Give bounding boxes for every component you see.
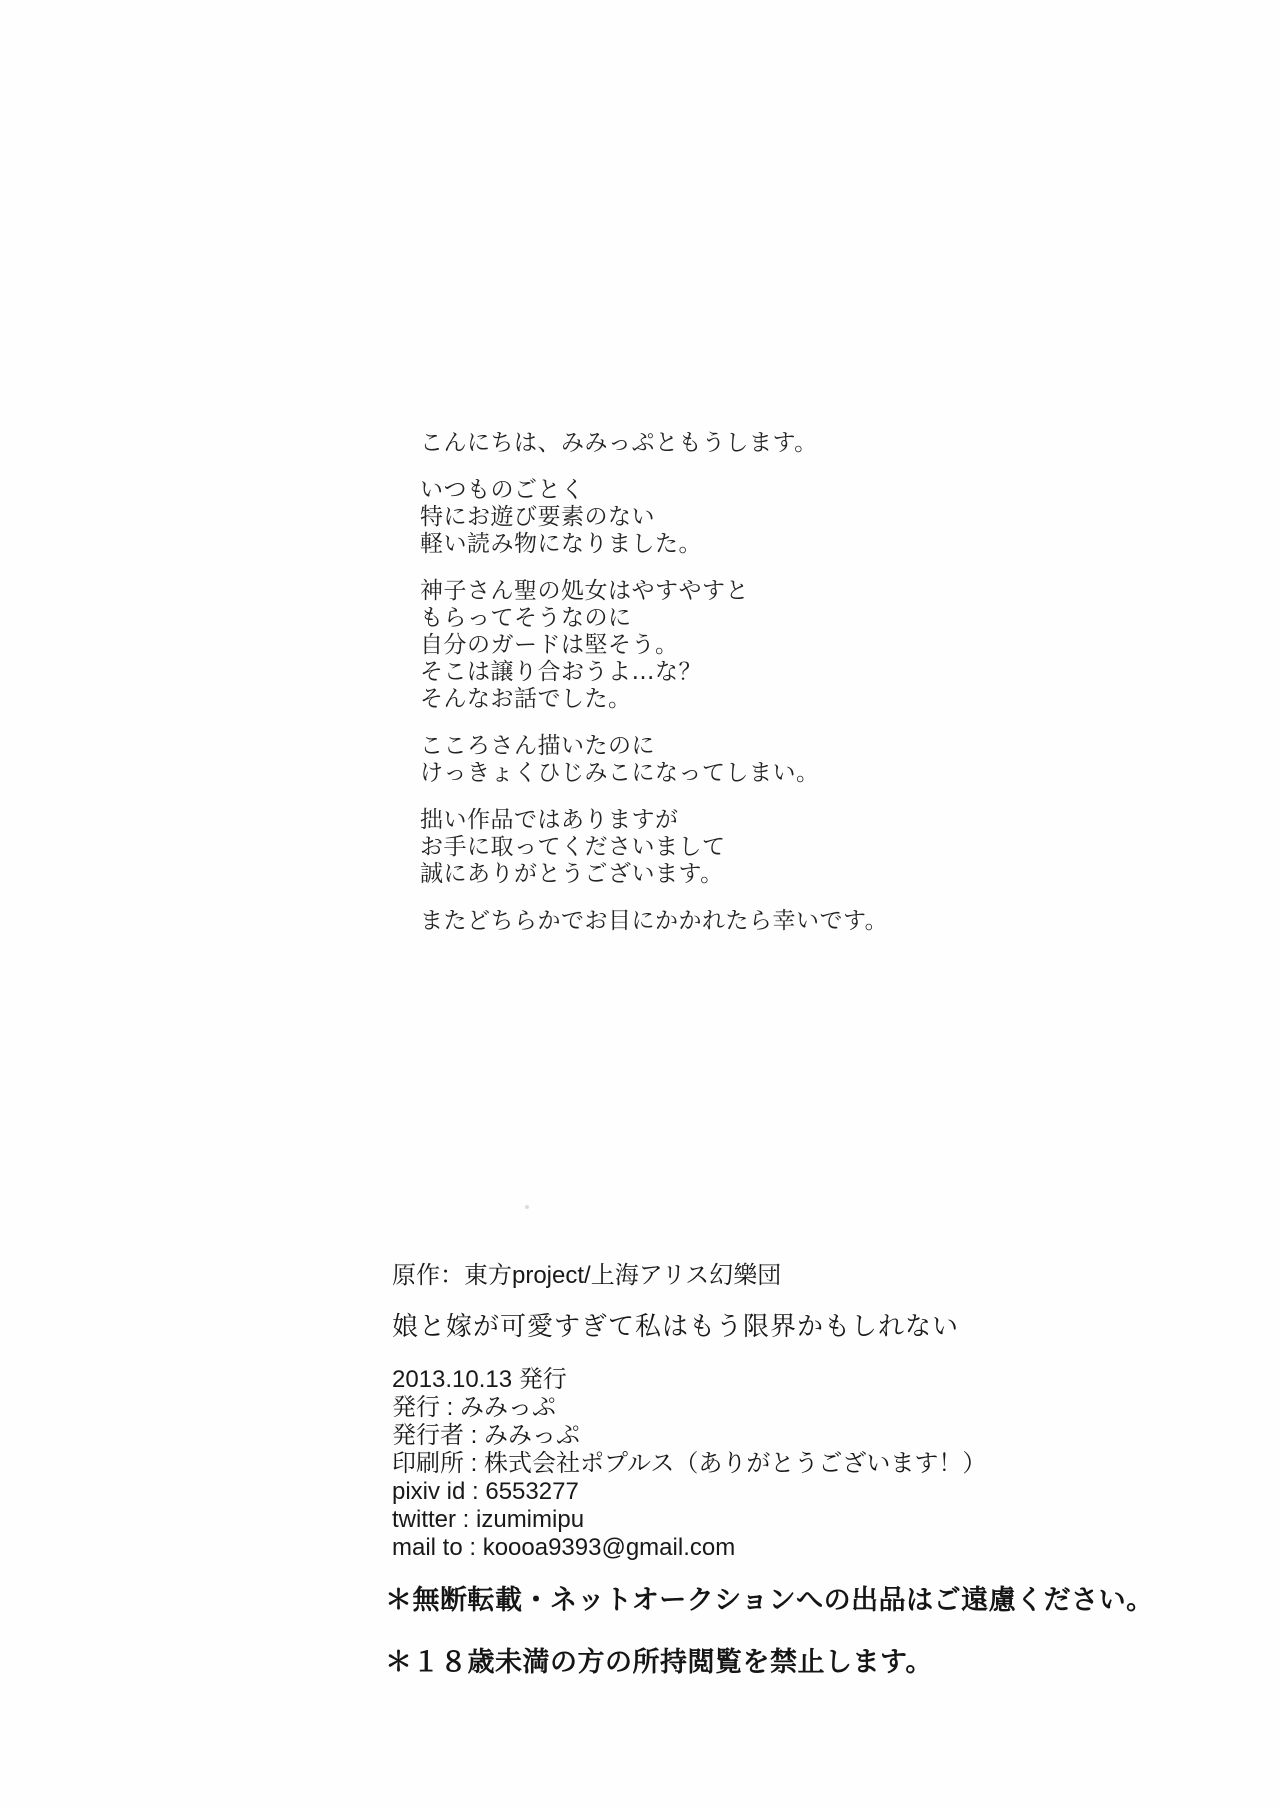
afterword-line: そんなお話でした。 [420,686,1060,713]
afterword-line: いつものごとく [420,477,1060,504]
afterword-paragraph-intro: いつものごとく 特にお遊び要素のない 軽い読み物になりました。 [420,477,1060,558]
afterword-line: またどちらかでお目にかかれたら幸いです。 [420,908,1060,935]
publisher-circle: 発行 : みみっぷ [392,1394,986,1422]
afterword-paragraph-kokoro: こころさん描いたのに けっきょくひじみこになってしまい。 [420,733,1060,787]
afterword-line: 神子さん聖の処女はやすやすと [420,578,1060,605]
afterword-line: こんにちは、みみっぷともうします。 [420,430,1060,457]
book-title: 娘と嫁が可愛すぎて私はもう限界かもしれない [392,1306,959,1343]
twitter-handle: twitter : izumimipu [392,1506,986,1534]
printer-credit: 印刷所 : 株式会社ポプルス（ありがとうございます！） [392,1450,986,1478]
afterword-paragraph-greeting: こんにちは、みみっぷともうします。 [420,430,1060,457]
publication-details: 2013.10.13 発行 発行 : みみっぷ 発行者 : みみっぷ 印刷所 :… [392,1366,986,1562]
publisher-person: 発行者 : みみっぷ [392,1422,986,1450]
scanned-afterword-page: こんにちは、みみっぷともうします。 いつものごとく 特にお遊び要素のない 軽い読… [0,0,1280,1808]
afterword-line: けっきょくひじみこになってしまい。 [420,760,1060,787]
afterword-line: 特にお遊び要素のない [420,504,1060,531]
afterword-line: 拙い作品ではありますが [420,807,1060,834]
afterword-line: 誠にありがとうございます。 [420,861,1060,888]
afterword-line: 自分のガードは堅そう。 [420,632,1060,659]
mail-address: mail to : koooa9393@gmail.com [392,1534,986,1562]
afterword-line: もらってそうなのに [420,605,1060,632]
afterword-paragraph-thanks: 拙い作品ではありますが お手に取ってくださいまして 誠にありがとうございます。 [420,807,1060,888]
afterword-line: そこは譲り合おうよ…な？ [420,659,1060,686]
publication-date: 2013.10.13 発行 [392,1366,986,1394]
afterword-paragraph-farewell: またどちらかでお目にかかれたら幸いです。 [420,908,1060,935]
pixiv-id: pixiv id : 6553277 [392,1478,986,1506]
original-work-credit: 原作：東方project/上海アリス幻樂団 [392,1255,781,1290]
afterword-line: お手に取ってくださいまして [420,834,1060,861]
afterword-line: 軽い読み物になりました。 [420,531,1060,558]
afterword-text: こんにちは、みみっぷともうします。 いつものごとく 特にお遊び要素のない 軽い読… [420,430,1060,955]
scan-artifact-dot [525,1205,529,1209]
afterword-line: こころさん描いたのに [420,733,1060,760]
notice-age-restriction: ＊１８歳未満の方の所持閲覧を禁止します。 [385,1640,933,1679]
notice-no-reprint: ＊無断転載・ネットオークションへの出品はご遠慮ください。 [385,1578,1154,1617]
afterword-paragraph-story: 神子さん聖の処女はやすやすと もらってそうなのに 自分のガードは堅そう。 そこは… [420,578,1060,713]
